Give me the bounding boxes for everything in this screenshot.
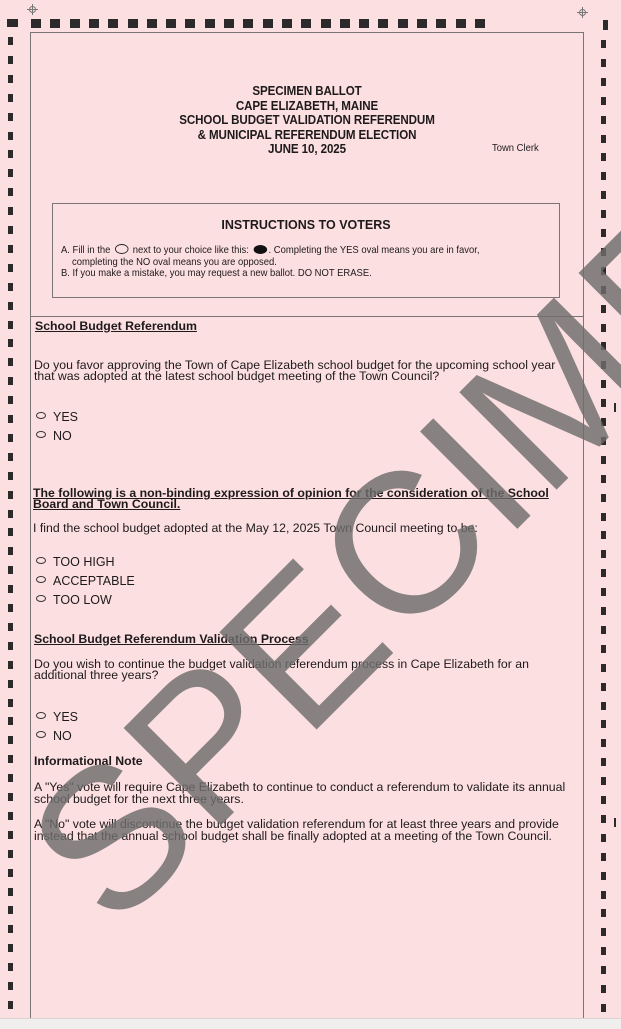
question2-option-too-high[interactable]: TOO HIGH xyxy=(36,555,115,569)
filled-oval-icon xyxy=(253,245,266,254)
instructions-title: INSTRUCTIONS TO VOTERS xyxy=(53,218,559,232)
question1-heading: School Budget Referendum xyxy=(35,321,197,333)
header-line: CAPE ELIZABETH, MAINE xyxy=(163,99,452,114)
ballot-page: SPECIMEN BALLOT CAPE ELIZABETH, MAINE SC… xyxy=(0,0,621,1018)
instruction-a-text: . Completing the YES oval means you are … xyxy=(269,244,480,256)
instruction-a-text: A. Fill in the xyxy=(61,244,110,256)
instruction-a-text: next to your choice like this: xyxy=(133,244,249,256)
town-clerk-label: Town Clerk xyxy=(492,142,539,154)
bottom-strip xyxy=(0,1018,621,1029)
ballot-oval-icon[interactable] xyxy=(36,595,46,602)
option-label: TOO LOW xyxy=(53,593,112,607)
question2-option-acceptable[interactable]: ACCEPTABLE xyxy=(36,574,135,588)
question2-heading: Board and Town Council. xyxy=(33,499,180,511)
ballot-oval-icon[interactable] xyxy=(36,412,46,419)
option-label: YES xyxy=(53,710,78,724)
option-label: NO xyxy=(53,429,72,443)
note-no-text: instead that the annual school budget sh… xyxy=(34,831,552,843)
ballot-oval-icon[interactable] xyxy=(36,557,46,564)
ballot-oval-icon[interactable] xyxy=(36,731,46,738)
question2-text: I find the school budget adopted at the … xyxy=(33,523,478,535)
instruction-b: B. If you make a mistake, you may reques… xyxy=(61,267,372,279)
header-line: SPECIMEN BALLOT xyxy=(163,84,452,99)
registration-crosshair-icon xyxy=(577,7,588,18)
question3-option-yes[interactable]: YES xyxy=(36,710,78,724)
question2-option-too-low[interactable]: TOO LOW xyxy=(36,593,112,607)
header-divider xyxy=(30,316,583,317)
note-yes-text: school budget for the next three years. xyxy=(34,794,244,806)
ballot-header: SPECIMEN BALLOT CAPE ELIZABETH, MAINE SC… xyxy=(163,84,452,157)
question3-option-no[interactable]: NO xyxy=(36,729,72,743)
header-line: SCHOOL BUDGET VALIDATION REFERENDUM xyxy=(163,113,452,128)
option-label: TOO HIGH xyxy=(53,555,115,569)
ballot-oval-icon[interactable] xyxy=(36,712,46,719)
option-label: YES xyxy=(53,410,78,424)
header-line: JUNE 10, 2025 xyxy=(163,142,452,157)
empty-oval-icon xyxy=(115,244,129,254)
header-line: & MUNICIPAL REFERENDUM ELECTION xyxy=(163,128,452,143)
question3-text: additional three years? xyxy=(34,670,158,682)
informational-note-heading: Informational Note xyxy=(34,756,143,768)
question3-heading: School Budget Referendum Validation Proc… xyxy=(34,634,309,646)
option-label: ACCEPTABLE xyxy=(53,574,135,588)
instruction-a: A. Fill in the next to your choice like … xyxy=(61,244,480,256)
ballot-oval-icon[interactable] xyxy=(36,576,46,583)
question1-option-no[interactable]: NO xyxy=(36,429,72,443)
question1-option-yes[interactable]: YES xyxy=(36,410,78,424)
question1-text: that was adopted at the latest school bu… xyxy=(34,371,439,383)
registration-crosshair-icon xyxy=(27,4,38,15)
instructions-box: INSTRUCTIONS TO VOTERS A. Fill in the ne… xyxy=(52,203,560,298)
option-label: NO xyxy=(53,729,72,743)
ballot-oval-icon[interactable] xyxy=(36,431,46,438)
